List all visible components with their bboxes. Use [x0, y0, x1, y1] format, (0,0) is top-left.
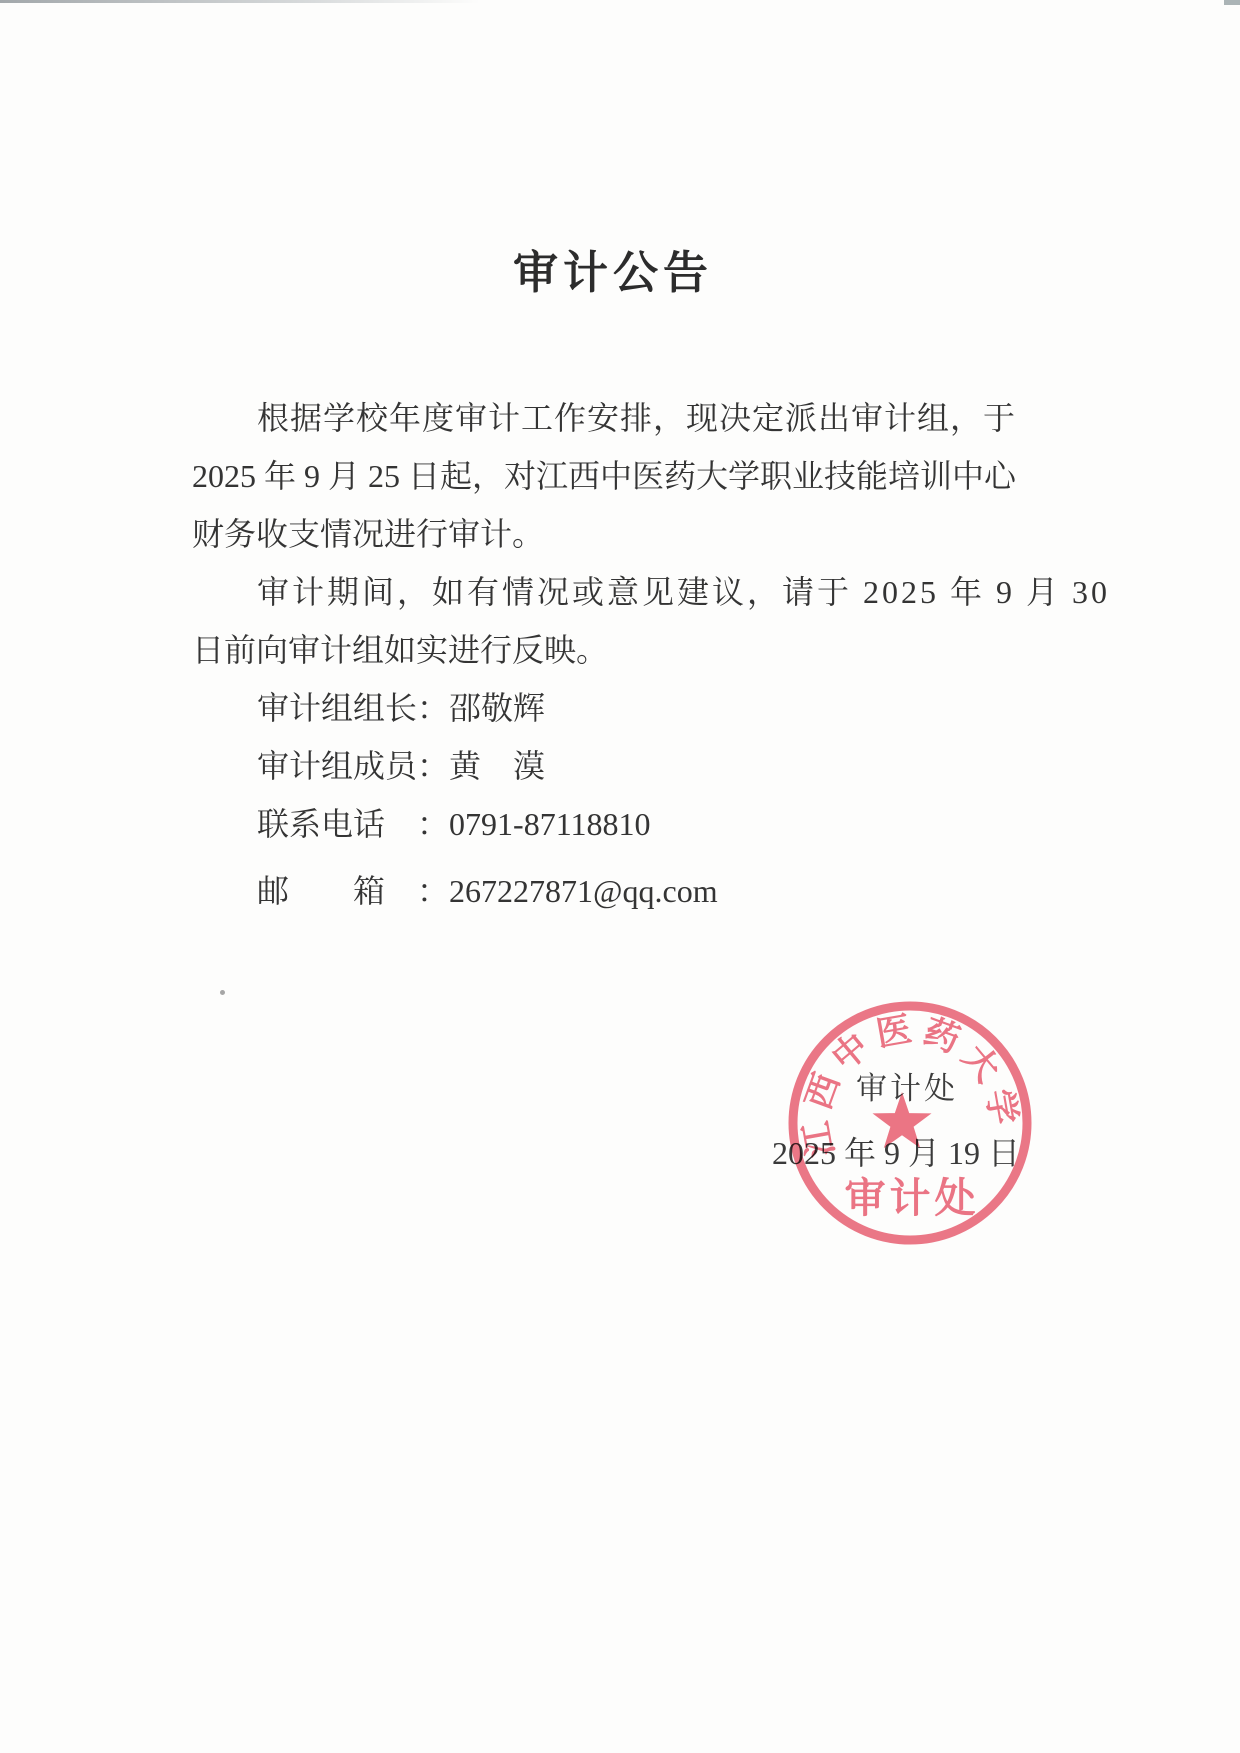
- contact-phone-row: 联系电话 ：0791-87118810: [192, 795, 1014, 853]
- seal-arc-char: 医: [873, 1010, 914, 1054]
- document-page: 审计公告 根据学校年度审计工作安排，现决定派出审计组，于 2025 年 9 月 …: [0, 0, 1240, 1753]
- audit-member-colon: ：: [417, 748, 449, 784]
- audit-leader-name: 邵敬辉: [449, 690, 545, 726]
- body-line-5: 日前向审计组如实进行反映。: [192, 621, 1014, 679]
- seal-bottom-text: 审计处: [845, 1175, 980, 1221]
- signature-date: 2025 年 9 月 19 日: [772, 1128, 1020, 1174]
- contact-email-address: 267227871@qq.com: [449, 873, 718, 909]
- scan-artifact-top: [0, 0, 480, 3]
- contact-email-colon: ：: [417, 873, 449, 909]
- contact-email-row: 邮 箱 ：267227871@qq.com: [192, 862, 1014, 920]
- body-line-2: 2025 年 9 月 25 日起，对江西中医药大学职业技能培训中心: [192, 447, 1014, 505]
- audit-member-row: 审计组成员：黄 漠: [192, 737, 1014, 795]
- signature-department: 审计处: [856, 1063, 958, 1108]
- body-line-1: 根据学校年度审计工作安排，现决定派出审计组，于: [192, 389, 1014, 447]
- scan-artifact-corner: [1224, 0, 1240, 5]
- document-title: 审计公告: [0, 236, 1226, 301]
- contact-phone-label: 联系电话: [257, 806, 417, 842]
- audit-member-label: 审计组成员: [257, 748, 417, 784]
- official-seal: 江 西 中 医 药 大 学 审计处: [785, 998, 1035, 1248]
- audit-member-name: 黄 漠: [449, 748, 545, 784]
- contact-phone-colon: ：: [417, 806, 449, 842]
- contact-email-label: 邮 箱: [257, 873, 417, 909]
- contact-phone-number: 0791-87118810: [449, 806, 650, 842]
- document-body: 根据学校年度审计工作安排，现决定派出审计组，于 2025 年 9 月 25 日起…: [192, 389, 1014, 920]
- body-line-3: 财务收支情况进行审计。: [192, 505, 1014, 563]
- scan-speck: [220, 990, 225, 995]
- body-line-4: 审计期间，如有情况或意见建议，请于 2025 年 9 月 30: [192, 563, 1014, 621]
- audit-leader-label: 审计组组长: [257, 690, 417, 726]
- seal-arc-char: 学: [979, 1086, 1023, 1127]
- audit-leader-colon: ：: [417, 690, 449, 726]
- audit-leader-row: 审计组组长：邵敬辉: [192, 679, 1014, 737]
